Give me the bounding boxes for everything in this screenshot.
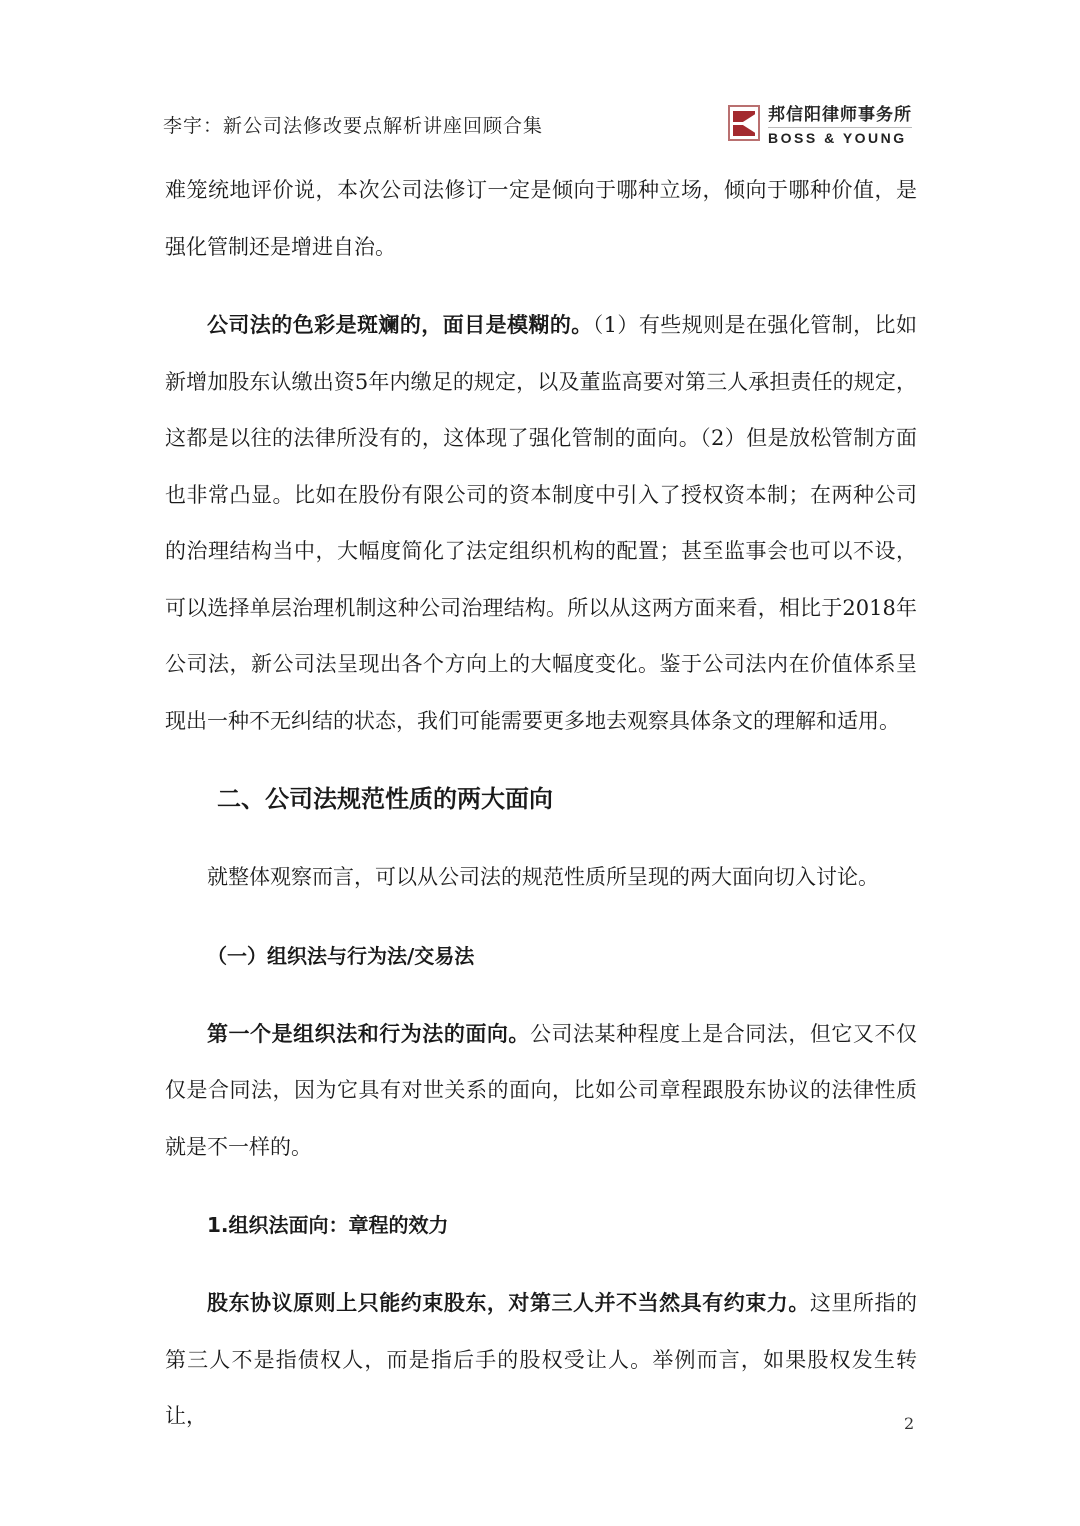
paragraph-2: 公司法的色彩是斑斓的，面目是模糊的。（1）有些规则是在强化管制，比如新增加股东认…: [165, 297, 917, 749]
paragraph-5-bold-lead: 股东协议原则上只能约束股东，对第三人并不当然具有约束力。: [207, 1290, 810, 1315]
subsection-heading: （一）组织法与行为法/交易法: [165, 928, 917, 984]
paragraph-2-text: （1）有些规则是在强化管制，比如新增加股东认缴出资5年内缴足的规定，以及董监高要…: [165, 313, 917, 733]
sub-subsection-heading: 1.组织法面向：章程的效力: [165, 1197, 917, 1253]
logo-name-en: BOSS & YOUNG: [768, 130, 912, 146]
paragraph-4: 第一个是组织法和行为法的面向。公司法某种程度上是合同法，但它又不仅仅是合同法，因…: [165, 1006, 917, 1176]
paragraph-3: 就整体观察而言，可以从公司法的规范性质所呈现的两大面向切入讨论。: [165, 849, 917, 906]
document-body: 难笼统地评价说，本次公司法修订一定是倾向于哪种立场，倾向于哪种价值，是强化管制还…: [165, 162, 917, 1445]
logo-name-cn: 邦信阳律师事务所: [768, 100, 912, 128]
page-header-title: 李宇：新公司法修改要点解析讲座回顾合集: [163, 111, 543, 138]
paragraph-4-bold-lead: 第一个是组织法和行为法的面向。: [207, 1021, 530, 1046]
paragraph-1: 难笼统地评价说，本次公司法修订一定是倾向于哪种立场，倾向于哪种价值，是强化管制还…: [165, 162, 917, 275]
section-heading: 二、公司法规范性质的两大面向: [165, 771, 917, 827]
paragraph-5: 股东协议原则上只能约束股东，对第三人并不当然具有约束力。这里所指的第三人不是指债…: [165, 1275, 917, 1445]
firm-logo: 邦信阳律师事务所 BOSS & YOUNG: [728, 100, 912, 146]
boss-young-logo-icon: [728, 105, 760, 141]
paragraph-2-bold-lead: 公司法的色彩是斑斓的，面目是模糊的。: [207, 312, 593, 337]
page-number: 2: [904, 1414, 914, 1433]
